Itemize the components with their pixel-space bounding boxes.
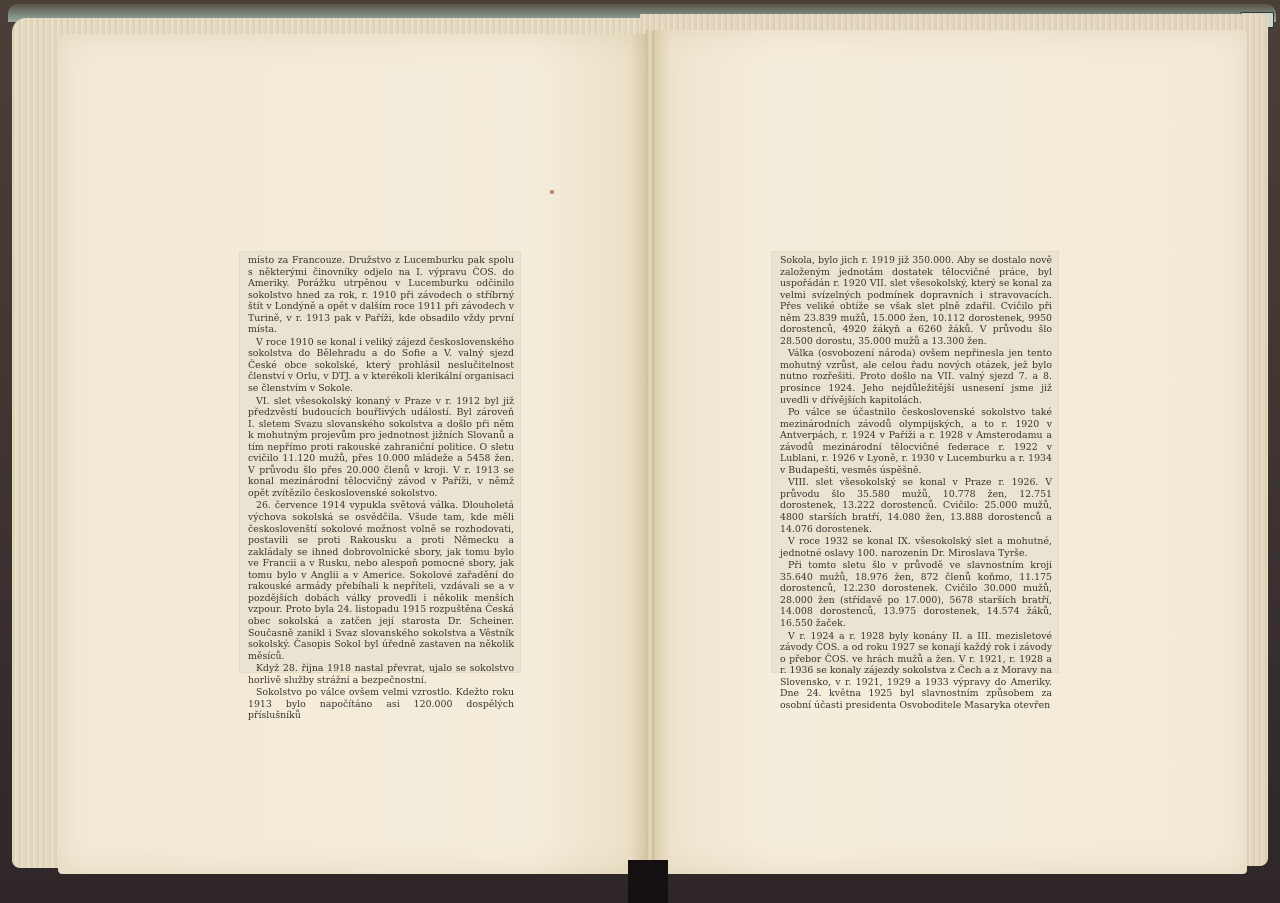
paragraph: Sokolstvo po válce ovšem velmi vzrostlo.… [248, 687, 514, 722]
paragraph: Při tomto sletu šlo v průvodě ve slavnos… [780, 560, 1052, 629]
paragraph: Když 28. října 1918 nastal převrat, ujal… [248, 663, 514, 686]
left-text-column: místo za Francouze. Družstvo z Lucemburk… [240, 252, 520, 672]
paragraph: Po válce se účastnilo československé sok… [780, 407, 1052, 476]
paragraph: místo za Francouze. Družstvo z Lucemburk… [248, 255, 514, 336]
paragraph: VIII. slet všesokolský se konal v Praze … [780, 477, 1052, 535]
paragraph: V roce 1932 se konal IX. všesokolský sle… [780, 536, 1052, 559]
paper-spot [550, 190, 554, 194]
paragraph: V r. 1924 a r. 1928 byly konány II. a II… [780, 631, 1052, 712]
paragraph: VI. slet všesokolský konaný v Praze v r.… [248, 396, 514, 500]
right-text-column: Sokola, bylo jich r. 1919 již 350.000. A… [772, 252, 1058, 672]
paragraph: 26. července 1914 vypukla světová válka.… [248, 500, 514, 662]
book-gutter [646, 30, 654, 872]
spine-shadow [628, 860, 668, 903]
paragraph: Sokola, bylo jich r. 1919 již 350.000. A… [780, 255, 1052, 347]
paragraph: Válka (osvobození národa) ovšem nepřines… [780, 348, 1052, 406]
paragraph: V roce 1910 se konal i veliký zájezd čes… [248, 337, 514, 395]
